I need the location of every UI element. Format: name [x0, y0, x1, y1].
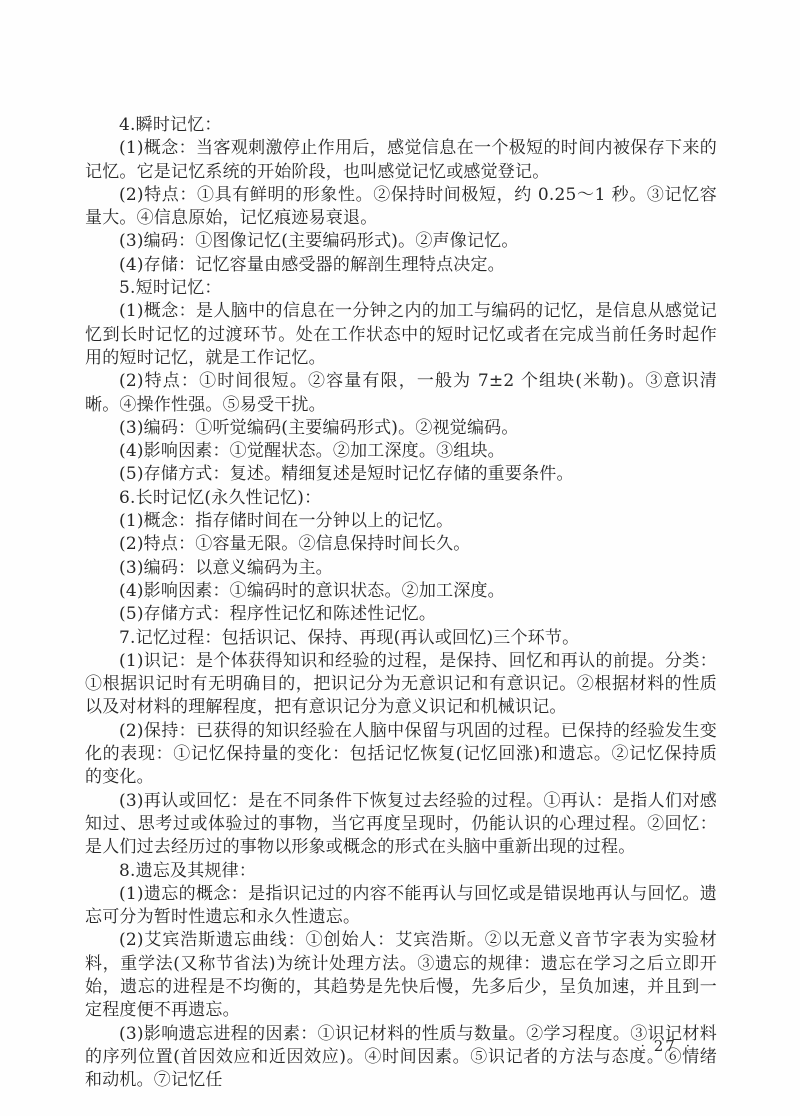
paragraph: (1)识记：是个体获得知识和经验的过程，是保持、回忆和再认的前提。分类：①根据识…	[85, 650, 717, 720]
paragraph: (1)概念：是人脑中的信息在一分钟之内的加工与编码的记忆，是信息从感觉记忆到长时…	[85, 300, 717, 370]
paragraph: 4.瞬时记忆：	[85, 114, 717, 137]
paragraph: (1)概念：当客观刺激停止作用后，感觉信息在一个极短的时间内被保存下来的记忆。它…	[85, 137, 717, 184]
paragraph: 8.遗忘及其规律：	[85, 860, 717, 883]
paragraph: (2)特点：①时间很短。②容量有限，一般为 7±2 个组块(米勒)。③意识清晰。…	[85, 370, 717, 417]
page-footer: ·27·	[632, 1037, 699, 1055]
paragraph: (3)编码：①听觉编码(主要编码形式)。②视觉编码。	[85, 417, 717, 440]
paragraph: (2)保持：已获得的知识经验在人脑中保留与巩固的过程。已保持的经验发生变化的表现…	[85, 720, 717, 790]
paragraph: (3)再认或回忆：是在不同条件下恢复过去经验的过程。①再认：是指人们对感知过、思…	[85, 790, 717, 860]
document-page: 4.瞬时记忆：(1)概念：当客观刺激停止作用后，感觉信息在一个极短的时间内被保存…	[0, 0, 800, 1116]
document-body: 4.瞬时记忆：(1)概念：当客观刺激停止作用后，感觉信息在一个极短的时间内被保存…	[85, 114, 717, 1092]
footer-right-dot: ·	[686, 1039, 690, 1054]
paragraph: (5)存储方式：程序性记忆和陈述性记忆。	[85, 603, 717, 626]
paragraph: (4)影响因素：①觉醒状态。②加工深度。③组块。	[85, 440, 717, 463]
paragraph: (4)存储：记忆容量由感受器的解剖生理特点决定。	[85, 254, 717, 277]
paragraph: (1)遗忘的概念：是指识记过的内容不能再认与回忆或是错误地再认与回忆。遗忘可分为…	[85, 883, 717, 930]
page-number: 27	[654, 1037, 677, 1055]
paragraph: (3)编码：以意义编码为主。	[85, 557, 717, 580]
footer-left-dot: ·	[641, 1039, 645, 1054]
paragraph: (2)特点：①具有鲜明的形象性。②保持时间极短，约 0.25～1 秒。③记忆容量…	[85, 184, 717, 231]
paragraph: 6.长时记忆(永久性记忆)：	[85, 487, 717, 510]
paragraph: (4)影响因素：①编码时的意识状态。②加工深度。	[85, 580, 717, 603]
paragraph: (1)概念：指存储时间在一分钟以上的记忆。	[85, 510, 717, 533]
paragraph: 7.记忆过程：包括识记、保持、再现(再认或回忆)三个环节。	[85, 627, 717, 650]
paragraph: (3)编码：①图像记忆(主要编码形式)。②声像记忆。	[85, 230, 717, 253]
paragraph: (3)影响遗忘进程的因素：①识记材料的性质与数量。②学习程度。③识记材料的序列位…	[85, 1023, 717, 1093]
paragraph: (2)艾宾浩斯遗忘曲线：①创始人：艾宾浩斯。②以无意义音节字表为实验材料，重学法…	[85, 929, 717, 1022]
paragraph: (2)特点：①容量无限。②信息保持时间长久。	[85, 533, 717, 556]
paragraph: 5.短时记忆：	[85, 277, 717, 300]
paragraph: (5)存储方式：复述。精细复述是短时记忆存储的重要条件。	[85, 463, 717, 486]
